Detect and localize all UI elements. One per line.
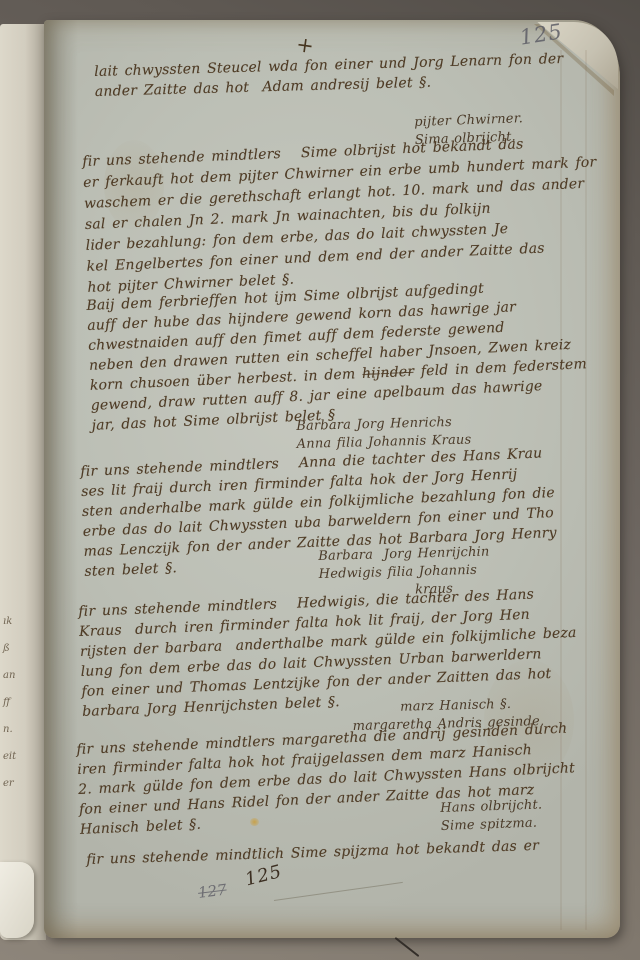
handwritten-line: er [3,770,16,797]
manuscript-photo: 125 + ıkßanffn.eiter lait chwyssten Steu… [0,0,640,960]
entry-1-text: fir uns stehende mindtlers Sime olbrijst… [82,131,601,298]
handwritten-line: an [3,662,16,689]
entry-5-parties: Hans olbrijcht.Sime spitzma. [440,796,543,836]
handwritten-line: ık [3,608,16,635]
scratch-mark [274,882,403,901]
margin-fragments: ıkßanffn.eiter [3,608,16,797]
facing-page-edge [0,24,46,940]
handwritten-line: ß [3,635,16,662]
handwritten-line: ff [3,689,16,716]
handwritten-line: eit [3,743,16,770]
folio-number-bottom-struck: 127 [197,881,228,902]
handwritten-line: n. [3,716,16,743]
page-curl-bottom-left [0,862,34,938]
cross-mark: + [295,32,316,58]
debris-twig [395,937,420,957]
gutter-shadow [44,20,78,938]
handwritten-line: Sime spitzma. [441,814,544,836]
entry-1-addendum: Baij dem ferbrieffen hot ijm Sime olbrij… [86,274,589,436]
